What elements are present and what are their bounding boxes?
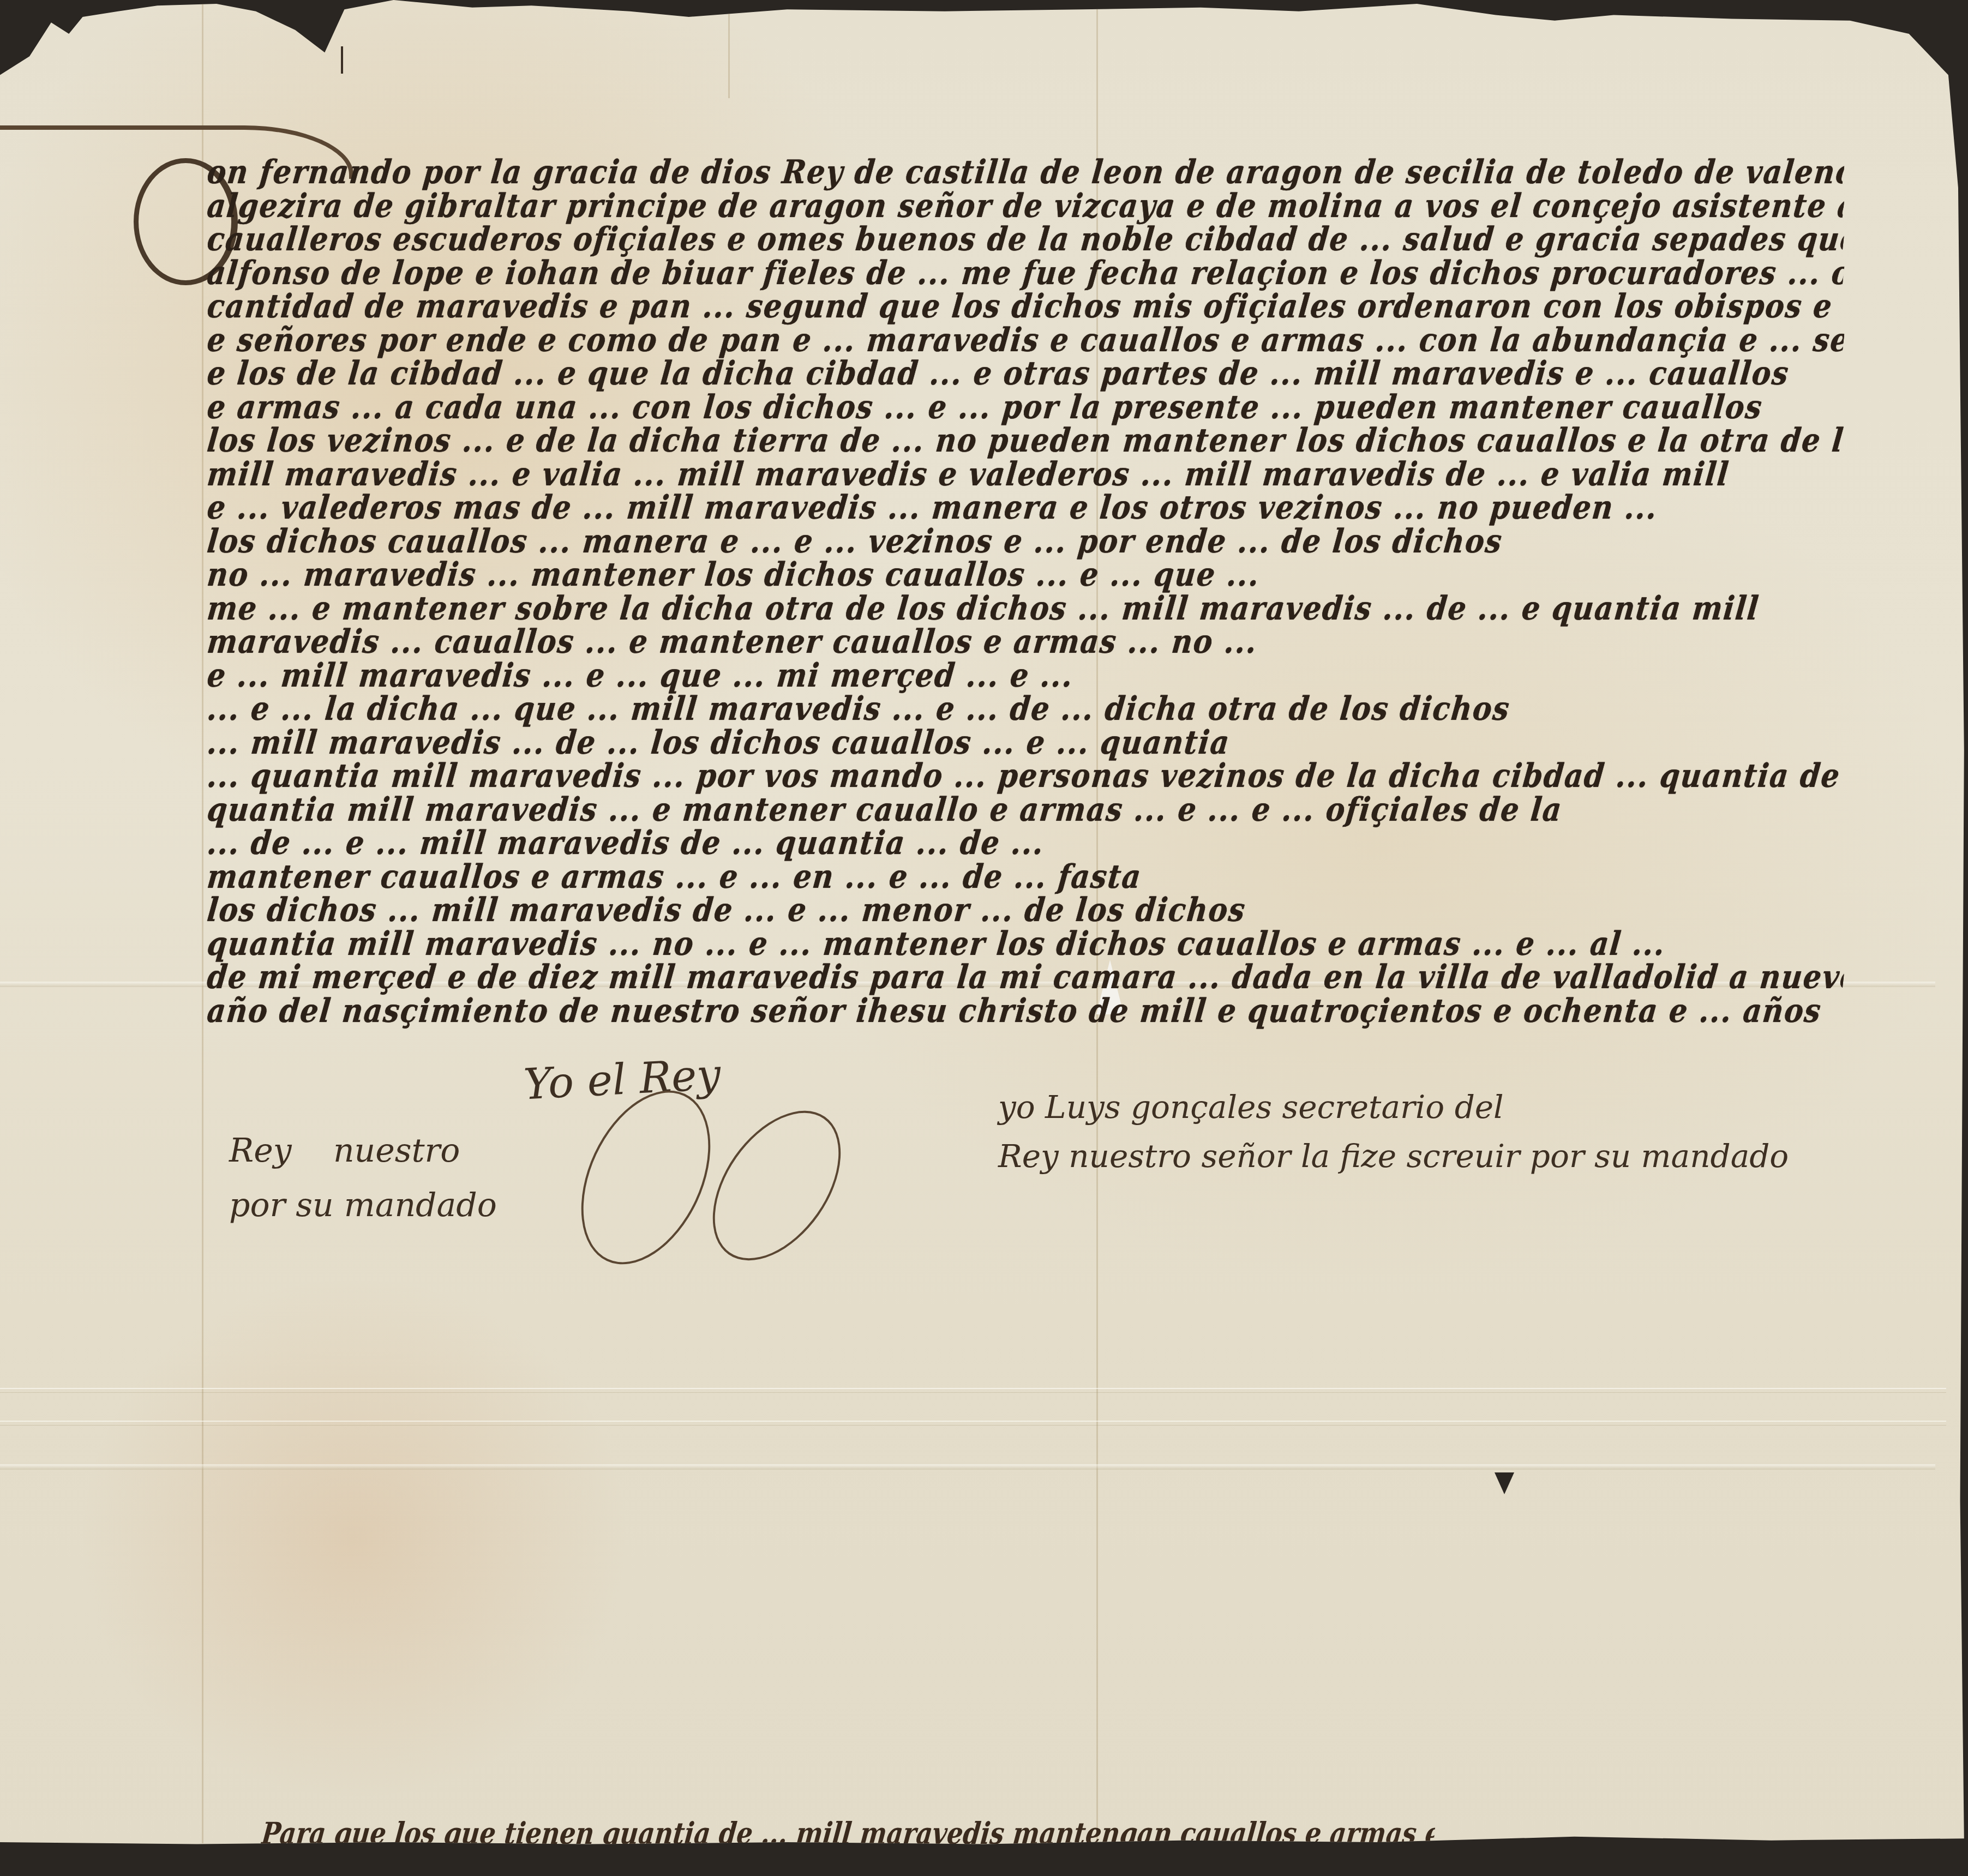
horizontal-fold-line (0, 1464, 1935, 1470)
manuscript-sheet: on fernando por la gracia de dios Rey de… (0, 0, 1968, 1876)
secretary-line: yo Luys gonçales secretario del (998, 1083, 1816, 1132)
secretary-subscription: yo Luys gonçales secretario del Rey nues… (998, 1083, 1816, 1181)
endorsement-line: Para que los que tienen quantia de ... m… (260, 1816, 1437, 1851)
text-line: ... quantia mill maravedis ... por vos m… (205, 756, 1845, 795)
text-line: e señores por ende e como de pan e ... m… (205, 321, 1845, 359)
text-line: los dichos ... mill maravedis de ... e .… (205, 891, 1845, 929)
signature-rubric-loop (687, 1087, 867, 1284)
margin-tick-mark (341, 46, 343, 74)
text-line: me ... e mantener sobre la dicha otra de… (205, 589, 1845, 628)
paper-crease (0, 1421, 1946, 1426)
text-line: quantia mill maravedis ... no ... e ... … (205, 924, 1845, 963)
text-line: ... e ... la dicha ... que ... mill mara… (205, 689, 1845, 728)
margin-note-line: Rey nuestro (229, 1123, 497, 1178)
text-line: maravedis ... cauallos ... e mantener ca… (205, 622, 1845, 661)
text-line: alfonso de lope e iohan de biuar fieles … (205, 254, 1845, 292)
paper-damage-hole (1495, 1472, 1514, 1494)
paper-crease (0, 1388, 1946, 1393)
text-line: ... de ... e ... mill maravedis de ... q… (205, 823, 1845, 862)
text-line: año del nasçimiento de nuestro señor ihe… (205, 991, 1845, 1030)
text-line: no ... maravedis ... mantener los dichos… (205, 555, 1845, 594)
margin-note-line: por su mandado (229, 1178, 497, 1232)
vertical-fold-line (728, 0, 730, 98)
text-line: e los de la cibdad ... e que la dicha ci… (205, 354, 1845, 393)
text-line: los los vezinos ... e de la dicha tierra… (205, 421, 1845, 460)
text-line: ... mill maravedis ... de ... los dichos… (205, 723, 1845, 762)
letter-body: on fernando por la gracia de dios Rey de… (207, 155, 1844, 1027)
secretary-line: Rey nuestro señor la fize screuir por su… (998, 1132, 1816, 1181)
text-line: de mi merçed e de diez mill maravedis pa… (205, 958, 1845, 996)
text-line: quantia mill maravedis ... e mantener ca… (205, 790, 1845, 829)
text-line: los dichos cauallos ... manera e ... e .… (205, 522, 1845, 561)
text-line: e ... mill maravedis ... e ... que ... m… (205, 656, 1845, 695)
text-line: algezira de gibraltar principe de aragon… (205, 187, 1845, 225)
margin-note: Rey nuestro por su mandado (229, 1123, 497, 1232)
text-line: on fernando por la gracia de dios Rey de… (205, 153, 1845, 191)
text-line: mantener cauallos e armas ... e ... en .… (205, 857, 1845, 896)
text-line: e ... valederos mas de ... mill maravedi… (205, 488, 1845, 527)
text-line: e armas ... a cada una ... con los dicho… (205, 388, 1845, 426)
text-line: caualleros escuderos ofiçiales e omes bu… (205, 220, 1845, 258)
text-line: cantidad de maravedis e pan ... segund q… (205, 287, 1845, 326)
text-line: mill maravedis ... e valia ... mill mara… (205, 455, 1845, 494)
